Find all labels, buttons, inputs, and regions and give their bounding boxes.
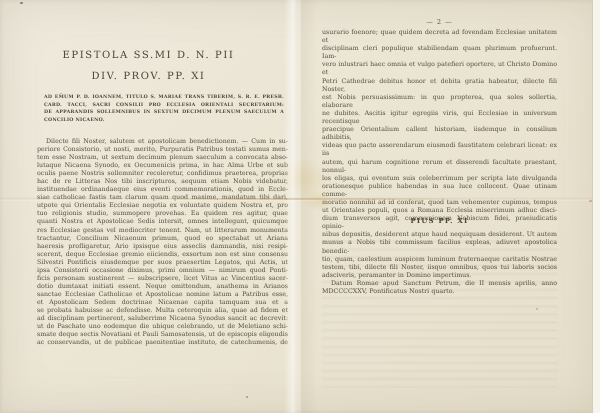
text-line: tractantur, Concilium Nicaenum primum, q… xyxy=(37,235,288,243)
paper-right-edge xyxy=(592,0,600,413)
text-line: los eligas, qui eventum suis celeberrimu… xyxy=(322,175,557,183)
text-line: ficis personam sustinerent — subscripser… xyxy=(37,275,288,283)
text-line: et Apostolicam Sedem doctrinae Nicaenae … xyxy=(37,299,288,307)
text-line: munus a Nobis tibi commissum facilius ex… xyxy=(322,239,557,255)
text-line: disciplinam cleri populique stabiliendam… xyxy=(322,45,557,61)
text-line: ut de Paschate uno eodemque die ubique c… xyxy=(37,323,288,331)
text-line: CARD. TACCI, SACRI CONSILII PRO ECCLESIA… xyxy=(44,102,284,110)
text-line: ad disciplinam pertinerent, saluberrime … xyxy=(37,315,288,323)
text-line: MDCCCCXXV, Pontificatus Nostri quarto. xyxy=(322,288,557,296)
paper-speck xyxy=(20,2,23,4)
text-line: testem, tibi, dilecte fili Noster, iisqu… xyxy=(322,264,557,272)
text-line: quanti Nostra et Apostolicae Sedis inter… xyxy=(37,218,288,226)
text-line: tio, quam, caelestium auspicem luminum f… xyxy=(322,256,557,264)
text-line: res Ecclesiae gestas vel mediocriter ten… xyxy=(37,227,288,235)
text-line: Datum Romae apud Sanctum Petrum, die II … xyxy=(322,280,557,288)
text-line: AD EM̄UM P. D. IOANNEM, TITULO S. MARIAE… xyxy=(44,94,284,102)
text-line: ut Orientales populi, quos a Romana Eccl… xyxy=(322,207,557,215)
papal-signature: PIUS PP. XI xyxy=(322,217,557,225)
text-line: hac de re Litteras Nos tibi inscripturos… xyxy=(37,178,288,186)
text-line: sanctae Ecclesiae Catholicae et Apostoli… xyxy=(37,291,288,299)
text-line: scerent, deque Ecclesiae gremio eiiciend… xyxy=(37,251,288,259)
text-line: siae catholicae fastis tam clarum quam q… xyxy=(37,194,288,202)
paper-speck xyxy=(536,308,538,310)
text-line: vero inlustrari haec omnia et vulgo pate… xyxy=(322,61,557,77)
text-line: nibus depositis, desiderent atque haud n… xyxy=(322,231,557,239)
text-line: orationesque publice habendas in sua luc… xyxy=(322,183,557,199)
text-line: tem esse Nostram, ut sextum decimum plen… xyxy=(37,154,288,162)
left-page: EPISTOLA SS.MI D. N. PII DIV. PROV. PP. … xyxy=(37,0,288,413)
page-number: — 2 — xyxy=(322,18,557,26)
left-page-body-text: Dilecte fili Noster, salutem et apostoli… xyxy=(37,138,288,347)
epistle-title-line1: EPISTOLA SS.MI D. N. PII xyxy=(23,50,274,61)
text-line: adsciveris, peramanter in Domino imperti… xyxy=(322,272,557,280)
text-line: Dilecte fili Noster, salutem et apostoli… xyxy=(37,138,288,146)
text-line: videas quo pacto asserendarum eiusmodi f… xyxy=(322,142,557,158)
text-line: ac conservandis, ut de publicae paeniten… xyxy=(37,339,288,347)
text-line: dotio dumtaxat initiati essent. Neque om… xyxy=(37,283,288,291)
scanned-document: EPISTOLA SS.MI D. N. PII DIV. PROV. PP. … xyxy=(0,0,600,413)
text-line: tuo religionis studio, summopere proveha… xyxy=(37,210,288,218)
address-block: AD EM̄UM P. D. IOANNEM, TITULO S. MARIAE… xyxy=(44,94,284,124)
center-fold-shadow xyxy=(301,0,317,413)
text-line: est Nobis persuasissimum: in quo propter… xyxy=(322,94,557,110)
text-line: Silvestri Pontificis eiusdemque per suos… xyxy=(37,259,288,267)
right-page: — 2 — usurario foenore; quae quidem decr… xyxy=(322,0,558,413)
paper-speck xyxy=(246,396,248,398)
text-line: ipsa Consistorii occasione diximus, prim… xyxy=(37,267,288,275)
text-line: utpote qui Orientalis Ecclesiae negotia … xyxy=(37,202,288,210)
text-line: instituendae ordinandaeque eius eventi c… xyxy=(37,186,288,194)
right-page-body-text: usurario foenore; quae quidem decreta ad… xyxy=(322,29,557,296)
text-line: CONCILIO NICAENO. xyxy=(44,117,284,125)
epistle-title-line2: DIV. PROV. PP. XI xyxy=(23,71,274,82)
text-line: ne dubites. Ascitis igitur egregiis viri… xyxy=(322,110,557,126)
text-line: usurario foenore; quae quidem decreta ad… xyxy=(322,29,557,45)
text-line: moratio nonnihil ad id conferat, quod ta… xyxy=(322,199,557,207)
text-line: praecipue Orientalium callent historiam,… xyxy=(322,126,557,142)
text-line: Petri Cathedrae debitus honor et debita … xyxy=(322,78,557,94)
text-line: haeresis profligaretur, Ario ipsisque ei… xyxy=(37,243,288,251)
text-line: oculis paene Nostris sollemniter recoler… xyxy=(37,170,288,178)
text-line: DE APPARANDIS SOLLEMNIBUS IN SEXTUM DECI… xyxy=(44,109,284,117)
text-line: se probata habuisse ac defendisse. Multa… xyxy=(37,307,288,315)
text-line: autem, qui harum cognitione rerum et dis… xyxy=(322,159,557,175)
text-line: periore Consistorio, ut nosti, merito, P… xyxy=(37,146,288,154)
text-line: smate deque sectis Novatiani et Pauli Sa… xyxy=(37,331,288,339)
text-line: lutaque Nicaena Synodo, ex Oecumenicis p… xyxy=(37,162,288,170)
